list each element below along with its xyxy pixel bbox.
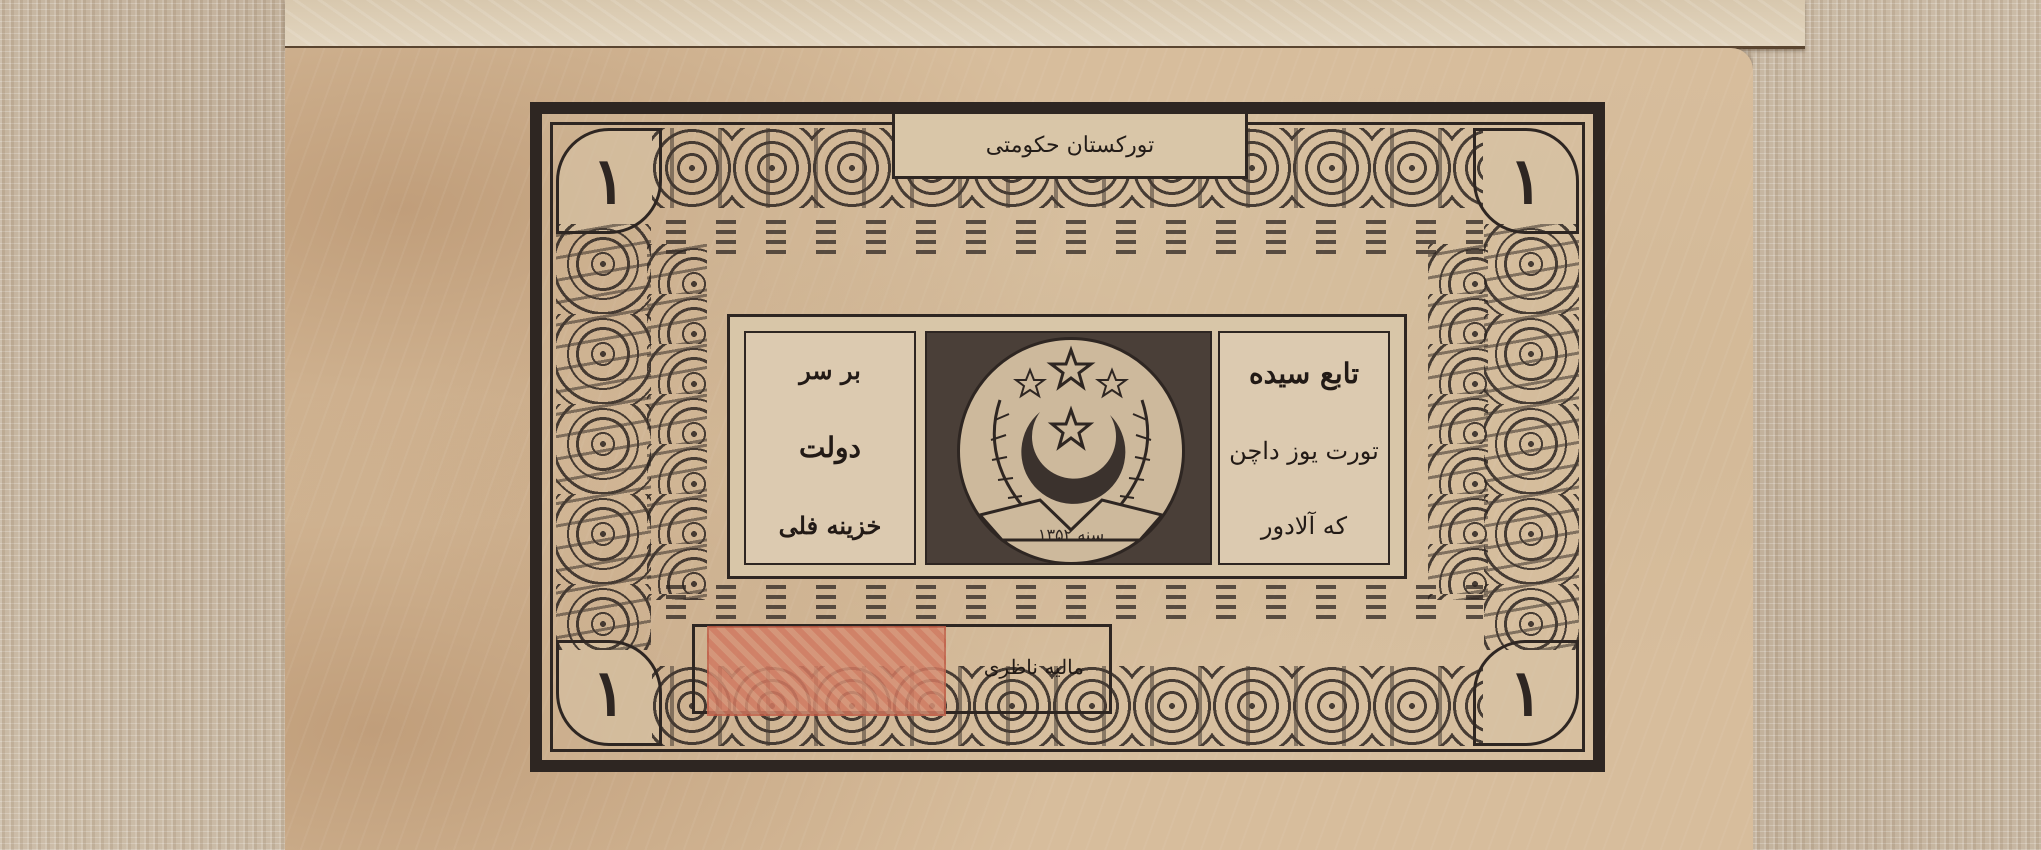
corner-numeral-bottom-left: ١ <box>556 640 662 746</box>
left-line-3: خزینه فلی <box>779 511 882 540</box>
right-line-1: تابع سیده <box>1249 357 1359 390</box>
crescent-star-emblem: سنه ۱۳۵۲ <box>957 337 1185 565</box>
left-floral-ornament <box>556 224 651 650</box>
inner-left-ornament <box>647 244 707 600</box>
upper-palmette-band <box>652 214 1483 254</box>
right-floral-ornament <box>1484 224 1579 650</box>
lower-palmette-band <box>652 579 1483 619</box>
center-panel: بر سر دولت خزینه فلی <box>727 314 1407 579</box>
right-line-2: تورت یوز داچن <box>1229 437 1379 465</box>
corner-numeral-top-left: ١ <box>556 128 662 234</box>
left-line-2: دولت <box>799 431 861 464</box>
corner-numeral-bottom-right: ١ <box>1473 640 1579 746</box>
banknote-printed-frame: ١ ١ ١ ١ تورکستان حکومتی بر سر دولت خزینه… <box>530 102 1605 772</box>
left-text-panel: بر سر دولت خزینه فلی <box>744 331 916 565</box>
right-line-3: که آلادور <box>1261 512 1347 540</box>
second-banknote-edge <box>285 0 1805 49</box>
emblem-panel: سنه ۱۳۵۲ <box>925 331 1212 565</box>
right-text-panel: تابع سیده تورت یوز داچن که آلادور <box>1218 331 1390 565</box>
corner-numeral-top-right: ١ <box>1473 128 1579 234</box>
left-line-1: بر سر <box>799 356 861 385</box>
finance-inspector-label: مالیه ناظری <box>984 655 1084 679</box>
inner-right-ornament <box>1428 244 1488 600</box>
emblem-date: سنه ۱۳۵۲ <box>960 525 1182 544</box>
red-seal-stamp <box>707 626 946 716</box>
header-title: تورکستان حکومتی <box>892 114 1248 179</box>
